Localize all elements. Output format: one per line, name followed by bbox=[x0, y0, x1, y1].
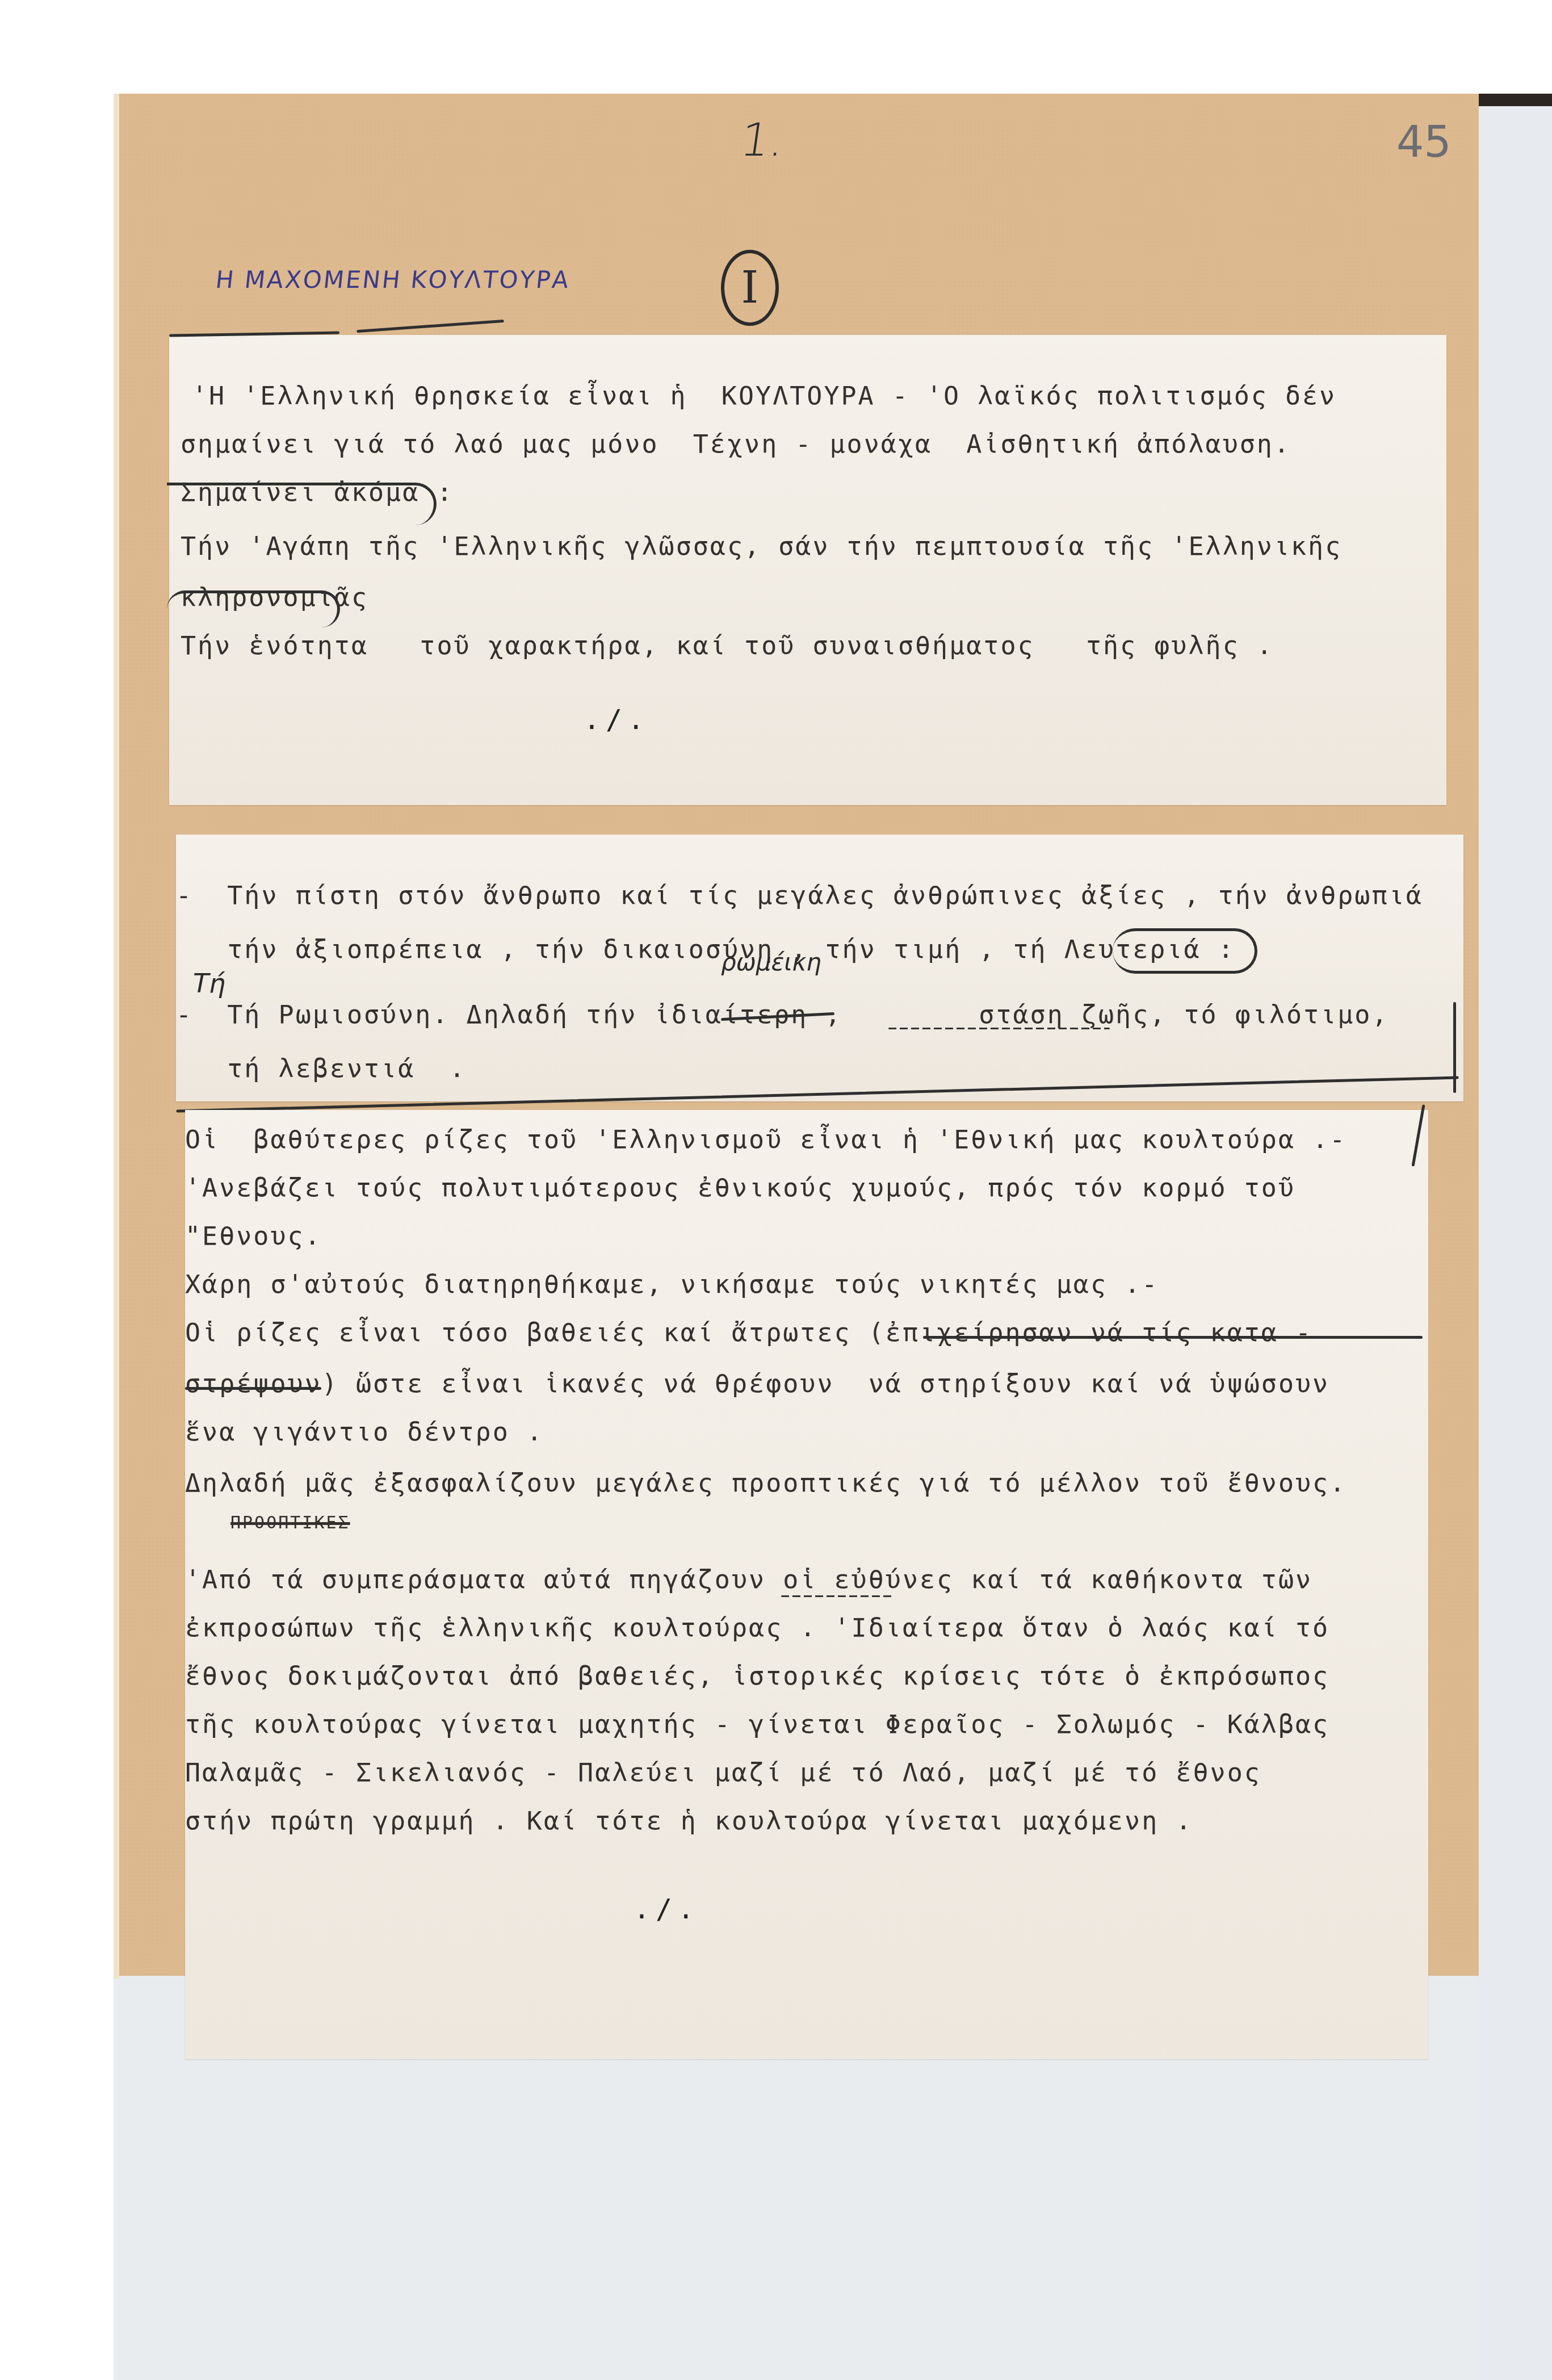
typed-underline bbox=[781, 1595, 895, 1597]
typed-line: Δηλαδή μᾶς ἐξασφαλίζουν μεγάλες προοπτικ… bbox=[185, 1468, 1347, 1498]
typed-line: Οἱ βαθύτερες ρίζες τοῦ 'Ελληνισμοῦ εἶναι… bbox=[185, 1124, 1347, 1154]
typed-line: - Τή Ρωμιοσύνη. Δηλαδή τήν ἰδιαίτερη , σ… bbox=[176, 999, 1389, 1029]
typed-line: - Τήν πίστη στόν ἄνθρωπο καί τίς μεγάλες… bbox=[176, 880, 1423, 910]
typed-line: 'Ανεβάζει τούς πολυτιμότερους ἐθνικούς χ… bbox=[185, 1172, 1295, 1202]
typed-strip-2: - Τήν πίστη στόν ἄνθρωπο καί τίς μεγάλες… bbox=[176, 835, 1463, 1101]
end-mark: ./. bbox=[584, 704, 650, 736]
typed-line: ἔθνος δοκιμάζονται ἀπό βαθειές, ἱστορικέ… bbox=[185, 1661, 1329, 1691]
typed-line: τῆς κουλτούρας γίνεται μαχητής - γίνεται… bbox=[185, 1709, 1329, 1739]
handwritten-insertion-left: Τή bbox=[193, 968, 225, 999]
typed-line: τήν ἀξιοπρέπεια , τήν δικαιοσύνη , τήν τ… bbox=[176, 934, 1235, 964]
handwritten-loop-mark bbox=[1113, 928, 1257, 974]
typed-strip-3: Οἱ βαθύτερες ρίζες τοῦ 'Ελληνισμοῦ εἶναι… bbox=[185, 1110, 1428, 2059]
handwritten-insertion-above: ρωμέικη bbox=[721, 948, 821, 976]
typed-underline bbox=[888, 1028, 1110, 1029]
typed-line: Τήν 'Αγάπη τῆς 'Ελληνικῆς γλῶσσας, σάν τ… bbox=[181, 531, 1342, 561]
handwritten-bracket-mark bbox=[167, 483, 437, 525]
typed-line: Τήν ἑνότητα τοῦ χαρακτήρα, καί τοῦ συναι… bbox=[181, 630, 1274, 660]
scanner-edge-dark bbox=[1479, 94, 1552, 106]
strikethrough-mark bbox=[185, 1387, 321, 1390]
typed-line: Χάρη σ'αὐτούς διατηρηθήκαμε, νικήσαμε το… bbox=[185, 1269, 1159, 1299]
typed-line: Παλαμᾶς - Σικελιανός - Παλεύει μαζί μέ τ… bbox=[185, 1757, 1261, 1787]
struck-word: ΠΡΟΟΠΤΙΚΕΣ bbox=[230, 1513, 350, 1533]
handwritten-margin-mark bbox=[1453, 1002, 1456, 1093]
typed-line: Οἱ ρίζες εἶναι τόσο βαθειές καί ἄτρωτες … bbox=[185, 1317, 1312, 1347]
typed-line: 'Από τά συμπεράσματα αὐτά πηγάζουν οἱ εὐ… bbox=[185, 1564, 1312, 1594]
page-number: 1. bbox=[737, 114, 787, 166]
section-marker-text: I bbox=[741, 262, 759, 313]
typed-line: "Εθνους. bbox=[185, 1221, 322, 1251]
handwritten-title: Η ΜΑΧΟΜΕΝΗ ΚΟΥΛΤΟΥΡΑ bbox=[214, 266, 571, 294]
strikethrough-mark bbox=[923, 1336, 1423, 1339]
typed-line: στήν πρώτη γραμμή . Καί τότε ἡ κουλτούρα… bbox=[185, 1805, 1193, 1836]
scanner-background-right bbox=[1479, 94, 1552, 2380]
archive-number: 45 bbox=[1396, 116, 1452, 167]
handwritten-margin-mark bbox=[1411, 1104, 1425, 1166]
typed-line: τή λεβεντιά . bbox=[176, 1053, 467, 1083]
end-mark: ./. bbox=[634, 1893, 700, 1925]
typed-line: ἕνα γιγάντιο δέντρο . bbox=[185, 1417, 544, 1447]
typed-line: 'Η 'Ελληνική θρησκεία εἶναι ἡ ΚΟΥΛΤΟΥΡΑ … bbox=[192, 380, 1336, 410]
typed-strip-1: 'Η 'Ελληνική θρησκεία εἶναι ἡ ΚΟΥΛΤΟΥΡΑ … bbox=[169, 335, 1446, 805]
typed-line: στρέψουν) ὥστε εἶναι ἱκανές νά θρέφουν ν… bbox=[185, 1368, 1329, 1398]
section-marker-circled: I bbox=[721, 250, 779, 326]
typed-line: ἐκπροσώπων τῆς ἑλληνικῆς κουλτούρας . 'Ι… bbox=[185, 1612, 1329, 1642]
typed-line: σημαίνει γιά τό λαό μας μόνο Τέχνη - μον… bbox=[181, 429, 1291, 459]
handwritten-bracket-mark bbox=[167, 590, 340, 627]
folder-edge bbox=[114, 94, 119, 1979]
